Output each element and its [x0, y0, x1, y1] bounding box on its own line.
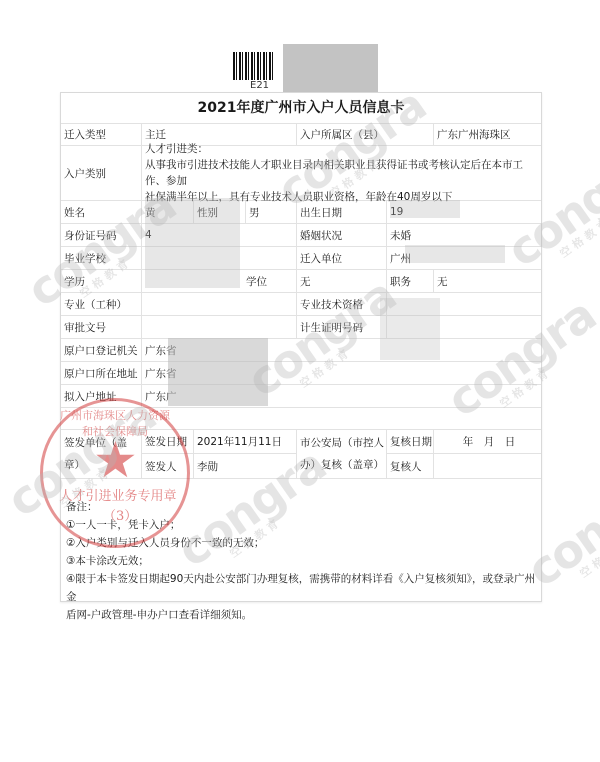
label-qualification: 专业技术资格: [296, 293, 386, 315]
row-issue: 签发单位（盖章） 签发日期 2021年11月11日 签发人 李勋 市公安局（市控…: [61, 430, 541, 479]
note-item: 盾网-户政管理-申办户口查看详细须知。: [66, 606, 536, 624]
label-reviewer: 复核人: [386, 454, 433, 478]
label-district: 入户所属区（县）: [296, 124, 433, 145]
row-move-type: 迁入类型 主迁 入户所属区（县） 广东广州海珠区: [61, 124, 541, 146]
value-position: 无: [433, 270, 541, 292]
redacted-employer: [405, 245, 505, 263]
label-category: 入户类别: [61, 146, 141, 200]
card-title: 2021年度广州市入户人员信息卡: [61, 93, 541, 124]
row-new-address: 拟入户地址 广东广: [61, 385, 541, 408]
row-name: 姓名 黄 性别 男 出生日期 19: [61, 201, 541, 224]
note-item: ④限于本卡签发日期起90天内赴公安部门办理复核，需携带的材料详看《入户复核须知》…: [66, 570, 536, 606]
label-unit: 迁入单位: [296, 247, 386, 269]
label-major: 专业（工种）: [61, 293, 141, 315]
label-name: 姓名: [61, 201, 141, 223]
note-item: ②入户类别与迁入人员身份不一致的无效；: [66, 534, 536, 552]
notes-heading: 备注：: [66, 498, 536, 516]
label-orig-address: 原户口所在地址: [61, 362, 141, 384]
label-new-address: 拟入户地址: [61, 385, 141, 407]
barcode: [233, 52, 273, 80]
barcode-number: E21: [250, 80, 269, 91]
value-reviewer: [433, 454, 541, 478]
value-marital: 未婚: [386, 224, 541, 246]
redacted-qualification: [380, 298, 440, 360]
label-issuer: 签发单位（盖章）: [61, 430, 141, 478]
value-category: 人才引进类： 从事我市引进技术技能人才职业目录内相关职业且获得证书或考核认定后在…: [141, 146, 541, 200]
notes-section: 备注： ①一人一卡，凭卡入户； ②入户类别与迁入人员身份不一致的无效； ③本卡涂…: [66, 498, 536, 624]
note-item: ③本卡涂改无效；: [66, 552, 536, 570]
value-signer: 李勋: [193, 454, 296, 478]
row-category: 入户类别 人才引进类： 从事我市引进技术技能人才职业目录内相关职业且获得证书或考…: [61, 146, 541, 201]
value-review-date: 年 月 日: [433, 430, 541, 454]
row-education: 学历 学位 无 职务 无: [61, 270, 541, 293]
row-orig-reg-office: 原户口登记机关 广东省: [61, 339, 541, 362]
label-birth: 出生日期: [296, 201, 386, 223]
info-card: 2021年度广州市入户人员信息卡 迁入类型 主迁 入户所属区（县） 广东广州海珠…: [60, 92, 542, 602]
row-orig-address: 原户口所在地址 广东省: [61, 362, 541, 385]
label-marital: 婚姻状况: [296, 224, 386, 246]
label-review-date: 复核日期: [386, 430, 433, 454]
label-school: 毕业学校: [61, 247, 141, 269]
redacted-address: [168, 338, 268, 406]
category-line-2: 从事我市引进技术技能人才职业目录内相关职业且获得证书或考核认定后在本市工作、参加: [145, 157, 541, 189]
row-spacer: [61, 408, 541, 430]
note-item: ①一人一卡，凭卡入户；: [66, 516, 536, 534]
redacted-birth-date: [390, 200, 460, 218]
label-degree: 学位: [243, 270, 296, 292]
label-education: 学历: [61, 270, 141, 292]
category-line-1: 人才引进类：: [145, 141, 208, 157]
label-orig-reg-office: 原户口登记机关: [61, 339, 141, 361]
row-id: 身份证号码 4 婚姻状况 未婚: [61, 224, 541, 247]
value-district: 广东广州海珠区: [433, 124, 541, 145]
redacted-personal-info: [145, 198, 240, 288]
label-approval: 审批文号: [61, 316, 141, 338]
value-gender: 男: [245, 201, 296, 223]
value-issue-date: 2021年11月11日: [193, 430, 296, 454]
label-police-review: 市公安局（市控人办）复核（盖章）: [296, 430, 386, 478]
label-birth-cert: 计生证明号码: [296, 316, 386, 338]
label-move-type: 迁入类型: [61, 124, 141, 145]
value-major: [141, 293, 296, 315]
value-approval: [141, 316, 296, 338]
label-position: 职务: [386, 270, 433, 292]
label-id: 身份证号码: [61, 224, 141, 246]
label-signer: 签发人: [141, 454, 193, 478]
label-issue-date: 签发日期: [141, 430, 193, 454]
value-degree: 无: [296, 270, 386, 292]
row-approval: 审批文号 计生证明号码: [61, 316, 541, 339]
redacted-barcode-region: [283, 44, 378, 92]
row-major: 专业（工种） 专业技术资格: [61, 293, 541, 316]
